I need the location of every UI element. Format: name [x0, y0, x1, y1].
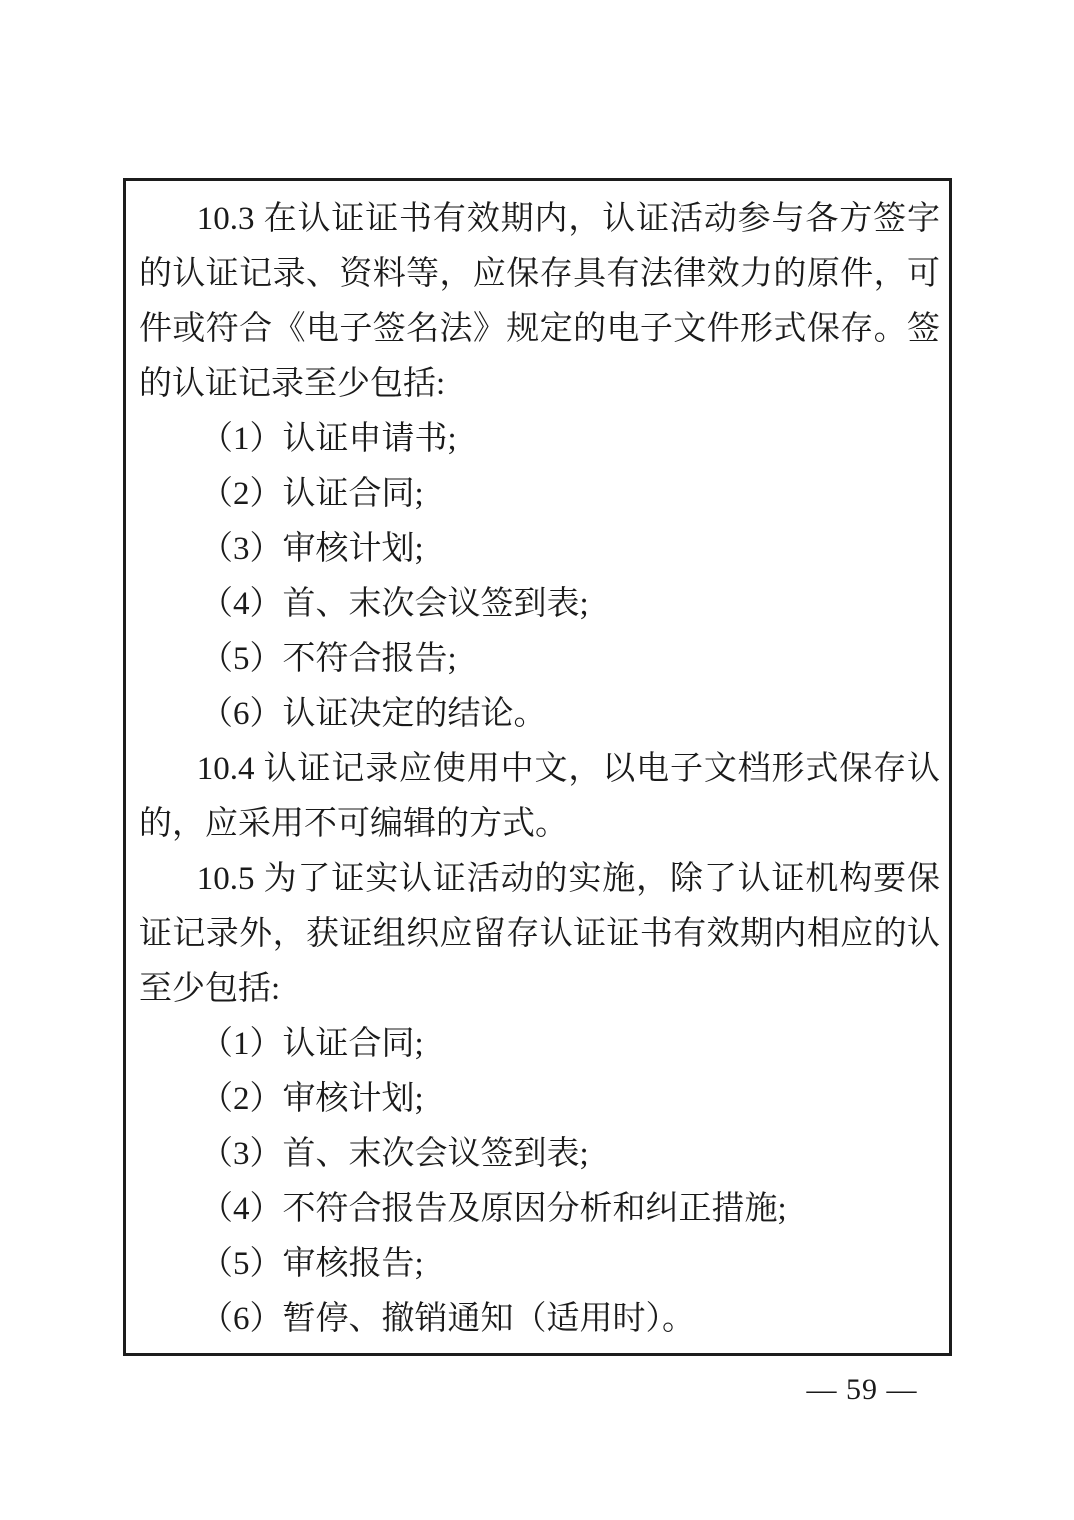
text-line: 的认证记录、资料等，应保存具有法律效力的原件，可以纸质文 — [139, 247, 940, 302]
text-line: （4）不符合报告及原因分析和纠正措施; — [139, 1182, 940, 1237]
text-line: （3）审核计划; — [139, 522, 940, 577]
document-page: 10.3 在认证证书有效期内，认证活动参与各方签字或者盖章的认证记录、资料等，应… — [0, 0, 1074, 1520]
document-border-frame: 10.3 在认证证书有效期内，认证活动参与各方签字或者盖章的认证记录、资料等，应… — [123, 178, 952, 1356]
text-line: （5）不符合报告; — [139, 632, 940, 687]
document-text-body: 10.3 在认证证书有效期内，认证活动参与各方签字或者盖章的认证记录、资料等，应… — [139, 192, 940, 1347]
text-line: （2）审核计划; — [139, 1072, 940, 1127]
text-line: 10.4 认证记录应使用中文，以电子文档形式保存认证记录 — [139, 742, 940, 797]
text-line: 10.5 为了证实认证活动的实施，除了认证机构要保持上述认 — [139, 852, 940, 907]
text-line: （4）首、末次会议签到表; — [139, 577, 940, 632]
text-line: 至少包括: — [139, 962, 940, 1017]
text-line: （2）认证合同; — [139, 467, 940, 522]
page-number: — 59 — — [791, 1374, 933, 1406]
text-line: 的，应采用不可编辑的方式。 — [139, 797, 940, 852]
text-line: （6）认证决定的结论。 — [139, 687, 940, 742]
text-line: 的认证记录至少包括: — [139, 357, 940, 412]
text-line: （5）审核报告; — [139, 1237, 940, 1292]
text-line: 件或符合《电子签名法》规定的电子文件形式保存。签字或盖章 — [139, 302, 940, 357]
text-line: （1）认证合同; — [139, 1017, 940, 1072]
text-line: （3）首、末次会议签到表; — [139, 1127, 940, 1182]
text-line: 证记录外，获证组织应留存认证证书有效期内相应的认证记录， — [139, 907, 940, 962]
text-line: （1）认证申请书; — [139, 412, 940, 467]
text-line: （6）暂停、撤销通知（适用时）。 — [139, 1292, 940, 1347]
text-line: 10.3 在认证证书有效期内，认证活动参与各方签字或者盖章 — [139, 192, 940, 247]
